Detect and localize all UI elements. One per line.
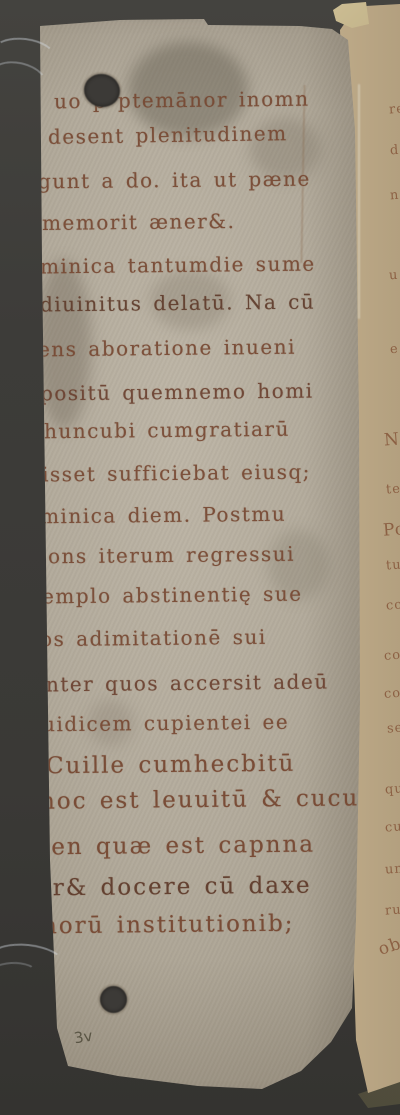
facing-page-text-fragment: n <box>389 188 399 204</box>
manuscript-text-line: diuinitus delatū. Na cū <box>40 290 315 317</box>
facing-page-text-fragment: re <box>388 101 400 117</box>
manuscript-text-line: os adimitationē sui <box>40 625 267 651</box>
manuscript-text-line: gunt a do. ita ut pæne <box>38 167 311 194</box>
facing-page-text-fragment: u <box>388 268 398 284</box>
parchment-page: uo p ptemānor inomn desent plenitudinem … <box>0 0 400 1115</box>
manuscript-text-line: ens aboratione inueni <box>38 335 296 362</box>
manuscript-text-line: ons iterum regressui <box>48 542 295 569</box>
facing-page-text-fragment: tu <box>385 557 400 573</box>
facing-page-text-fragment: obst <box>376 928 400 960</box>
manuscript-text-line: inter quos accersit adeū <box>38 669 329 696</box>
manuscript-photo: re d n u e N te Po tu co cor con se qu c… <box>0 0 400 1115</box>
manuscript-text-line: emplo abstinentię sue <box>42 582 303 609</box>
manuscript-text-line: horū institutionib; <box>42 911 295 940</box>
facing-page-text-fragment: Po <box>382 519 400 541</box>
binding-hole-bottom <box>100 986 127 1013</box>
facing-page-text-fragment: qu <box>384 781 400 797</box>
manuscript-text-line: ur& docere cū daxe <box>36 873 312 902</box>
facing-page-text-fragment: co <box>385 597 400 613</box>
facing-page-text-fragment: N <box>383 429 400 450</box>
folio-number: 3v <box>73 1027 94 1048</box>
facing-page-text-fragment: cor <box>384 647 400 664</box>
facing-page-text-fragment: ru <box>384 902 400 918</box>
facing-page-text-fragment: e <box>389 342 399 358</box>
manuscript-text-line: desent plenitudinem <box>48 121 288 149</box>
manuscript-text-line: positū quemnemo homi <box>40 379 314 406</box>
manuscript-text-line: minica diem. Postmu <box>40 502 286 529</box>
facing-page-text-fragment: un <box>384 861 400 877</box>
manuscript-text-line: uidicem cupientei ee <box>42 710 289 737</box>
facing-page-text-fragment: d <box>389 143 399 159</box>
manuscript-text-line: Cuille cumhecbitū <box>46 751 296 780</box>
facing-page-text-fragment: cu <box>384 819 400 835</box>
manuscript-text-line: isset sufficiebat eiusq; <box>42 460 311 487</box>
manuscript-text-line: hoc est leuuitū & cucul <box>40 785 369 814</box>
facing-page-text-fragment: se <box>386 720 400 736</box>
manuscript-text-line: huncubi cumgratiarū <box>44 417 290 444</box>
manuscript-text-line: ten quæ est capnna <box>40 832 315 861</box>
manuscript-text-line: memorit æner&. <box>42 209 236 235</box>
manuscript-text-line: minica tantumdie sume <box>40 252 316 279</box>
facing-page-text-fragment: con <box>384 685 400 702</box>
fold-crease <box>358 84 360 319</box>
facing-page-text-fragment: te <box>385 481 400 497</box>
